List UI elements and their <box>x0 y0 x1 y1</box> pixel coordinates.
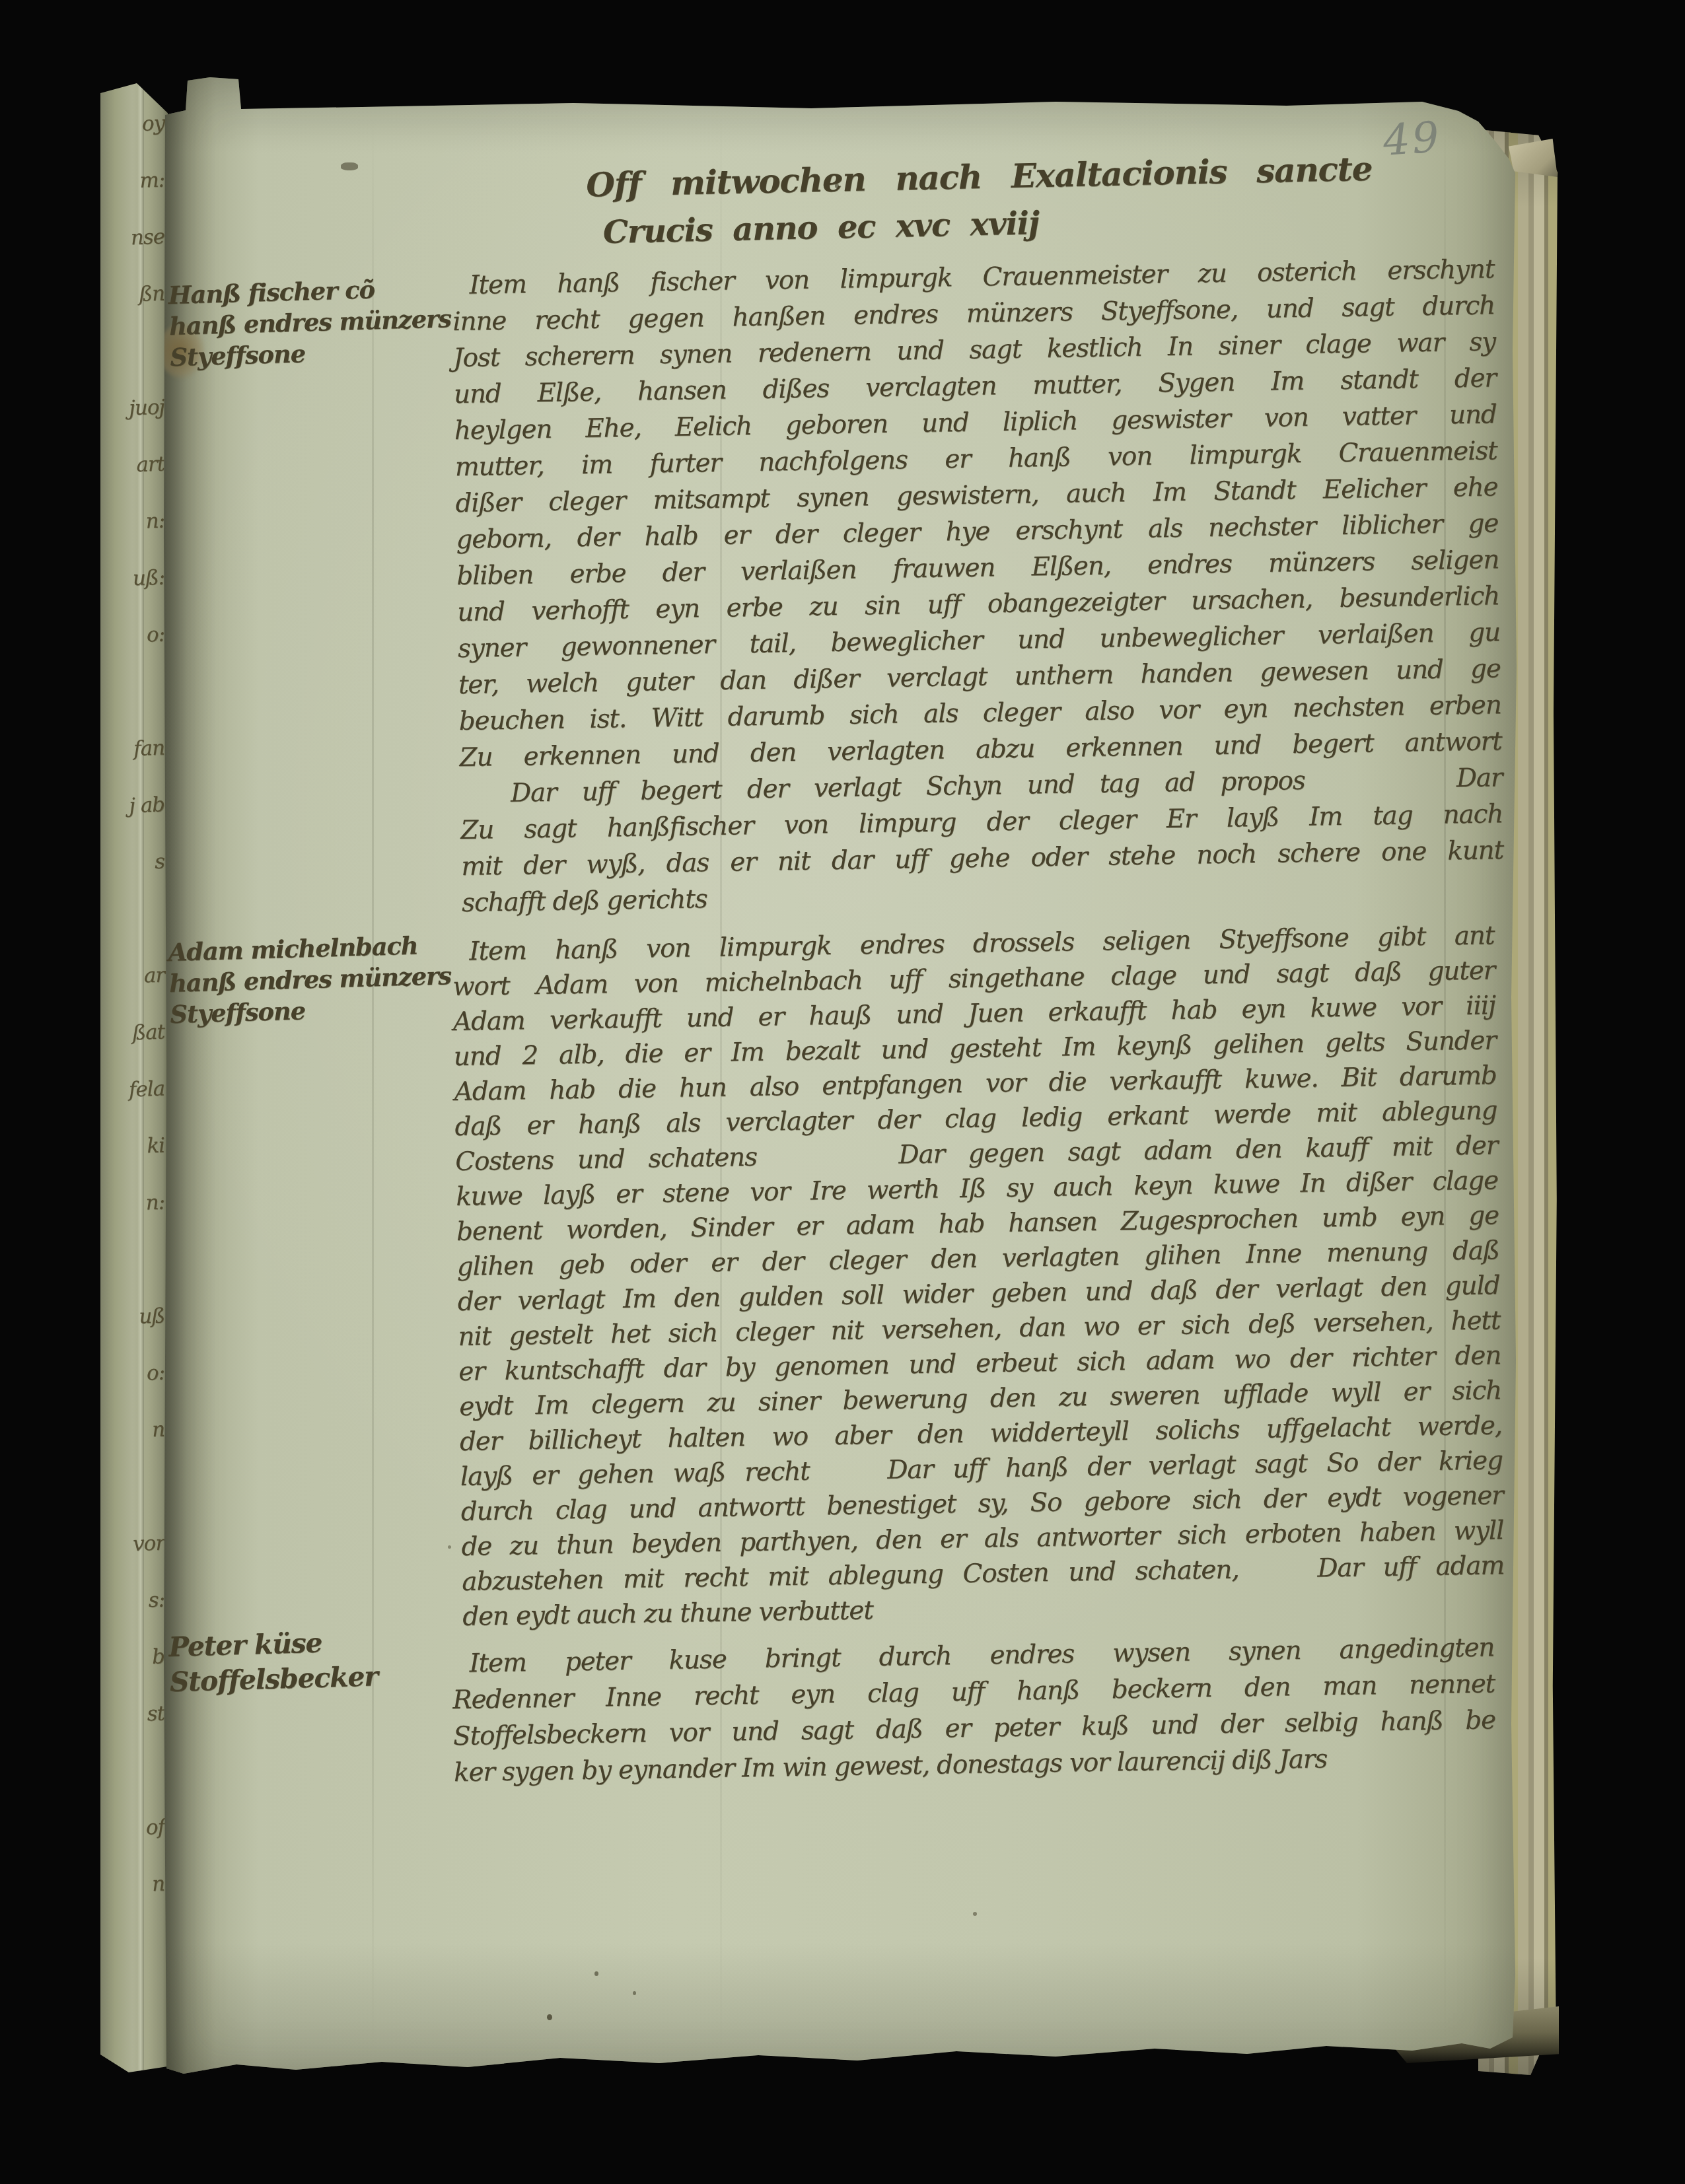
previous-leaf-text-fragments-line <box>103 1247 168 1306</box>
ink-speck <box>341 162 358 170</box>
ink-speck <box>448 1545 451 1549</box>
previous-leaf-text-fragments-line: o: <box>103 622 168 681</box>
heading-line-1: Off mitwochen nach Exaltacionis sancte <box>586 143 1373 212</box>
previous-leaf-text-fragments-line: st <box>103 1701 168 1760</box>
previous-leaf-text-fragments-line <box>103 1758 168 1817</box>
previous-leaf-text-fragments-line <box>103 679 168 738</box>
entry-date-heading: Off mitwochen nach Exaltacionis sancte C… <box>586 143 1374 254</box>
previous-leaf-text-fragments-line: uß <box>103 1304 168 1362</box>
previous-leaf-text-fragments: oym:nseßnjuojartn:uß:o:fanj absarßatfela… <box>103 112 168 2054</box>
previous-leaf-text-fragments-line: fela <box>103 1076 168 1135</box>
previous-leaf-text-fragments-line: of <box>103 1815 168 1874</box>
photographed-book-scene: oym:nseßnjuojartn:uß:o:fanj absarßatfela… <box>0 0 1685 2184</box>
previous-leaf-text-fragments-line: oy <box>103 112 168 170</box>
ink-speck <box>594 1971 598 1976</box>
previous-leaf-text-fragments-line: nse <box>103 225 168 283</box>
previous-leaf-text-fragments-line: j ab <box>103 793 168 851</box>
margin-note-case-2: Adam michelnbachhanß endres münzersStyef… <box>168 929 454 1030</box>
ink-speck <box>633 1991 636 1995</box>
previous-leaf-text-fragments-line: fan <box>103 736 168 794</box>
previous-leaf-text-fragments-line: ßn <box>103 281 168 340</box>
folio-number: 49 <box>1382 113 1443 166</box>
margin-note-case-3-line: Stoffelsbecker <box>169 1657 454 1700</box>
previous-leaf-text-fragments-line: ki <box>103 1133 168 1192</box>
manuscript-page: 49 Off mitwochen nach Exaltacionis sanct… <box>164 73 1519 2084</box>
previous-leaf-text-fragments-line: juoj <box>103 395 168 454</box>
previous-leaf-text-fragments-line: n <box>103 1872 168 1930</box>
previous-leaf-text-fragments-line: n: <box>103 509 168 567</box>
previous-leaf-text-fragments-line: art <box>103 452 168 511</box>
previous-leaf-edge: oym:nseßnjuojartn:uß:o:fanj absarßatfela… <box>100 83 168 2072</box>
previous-leaf-text-fragments-line: s <box>103 849 168 908</box>
previous-leaf-text-fragments-line: ßat <box>103 1020 168 1078</box>
previous-leaf-text-fragments-line: ar <box>103 963 168 1022</box>
previous-leaf-text-fragments-line: uß: <box>103 565 168 624</box>
ink-speck <box>973 1912 977 1916</box>
previous-leaf-text-fragments-line: b <box>103 1644 168 1703</box>
margin-note-case-3: Peter küseStoffelsbecker <box>168 1622 454 1700</box>
heading-line-2: Crucis anno ec xvc xviij <box>602 202 1039 254</box>
ink-speck <box>547 2014 552 2020</box>
previous-leaf-text-fragments-line: vor <box>103 1531 168 1590</box>
previous-leaf-text-fragments-line <box>103 1474 168 1533</box>
paper-crease <box>372 112 374 2061</box>
previous-leaf-text-fragments-line: n <box>103 1417 168 1476</box>
previous-leaf-text-fragments-line <box>103 906 168 965</box>
previous-leaf-text-fragments-line: m: <box>103 168 168 227</box>
previous-leaf-text-fragments-line <box>103 1928 168 1987</box>
previous-leaf-text-fragments-line <box>103 338 168 397</box>
previous-leaf-text-fragments-line: s: <box>103 1588 168 1646</box>
previous-leaf-text-fragments-line: n: <box>103 1190 168 1249</box>
margin-note-case-1: Hanß fischer cõhanß endres münzersStyeff… <box>168 272 454 373</box>
previous-leaf-text-fragments-line: o: <box>103 1360 168 1419</box>
court-record-entry-2: Item hanß von limpurgk endres drossels s… <box>452 918 1505 1635</box>
court-record-entry-3: Item peter kuse bringt durch endres wyse… <box>452 1629 1496 1791</box>
court-record-entry-1: Item hanß fischer von limpurgk Crauenmei… <box>452 251 1504 921</box>
